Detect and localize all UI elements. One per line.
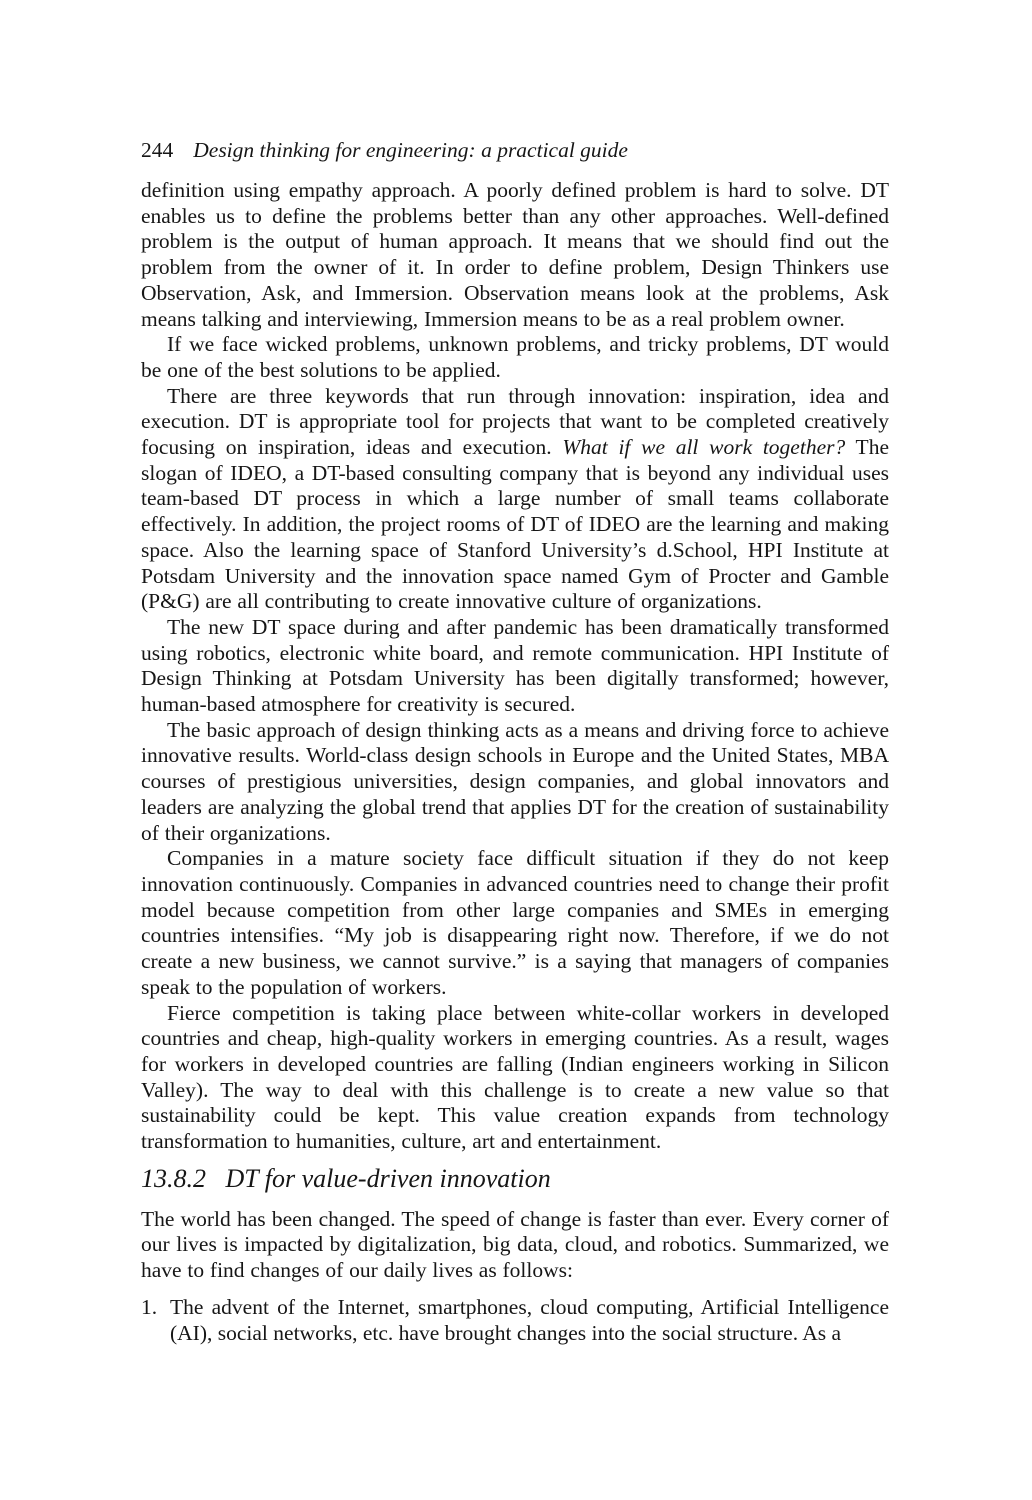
ideo-slogan-italic: What if we all work together? [562, 435, 845, 459]
running-title: Design thinking for engineering: a pract… [193, 137, 628, 163]
paragraph-definition-empathy: definition using empathy approach. A poo… [141, 178, 889, 332]
paragraph-fierce-competition: Fierce competition is taking place betwe… [141, 1001, 889, 1155]
section-heading: 13.8.2 DT for value-driven innovation [141, 1163, 889, 1195]
list-item-number: 1. [141, 1295, 170, 1346]
book-page: 244 Design thinking for engineering: a p… [0, 0, 1032, 1500]
body-text: definition using empathy approach. A poo… [141, 178, 889, 1155]
running-header: 244 Design thinking for engineering: a p… [141, 137, 889, 163]
numbered-list: 1. The advent of the Internet, smartphon… [141, 1295, 889, 1346]
list-item-text: The advent of the Internet, smartphones,… [170, 1295, 889, 1346]
paragraph-mature-society: Companies in a mature society face diffi… [141, 846, 889, 1000]
page-content: 244 Design thinking for engineering: a p… [141, 137, 889, 1346]
paragraph-three-keywords: There are three keywords that run throug… [141, 384, 889, 615]
paragraph-wicked-problems: If we face wicked problems, unknown prob… [141, 332, 889, 383]
paragraph-three-keywords-rest: The slogan of IDEO, a DT-based consultin… [141, 435, 889, 613]
page-number: 244 [141, 137, 173, 163]
paragraph-world-changed: The world has been changed. The speed of… [141, 1207, 889, 1284]
section-number: 13.8.2 [141, 1164, 206, 1193]
section-title: DT for value-driven innovation [226, 1164, 551, 1193]
paragraph-new-dt-space: The new DT space during and after pandem… [141, 615, 889, 718]
paragraph-basic-approach: The basic approach of design thinking ac… [141, 718, 889, 847]
list-item: 1. The advent of the Internet, smartphon… [141, 1295, 889, 1346]
